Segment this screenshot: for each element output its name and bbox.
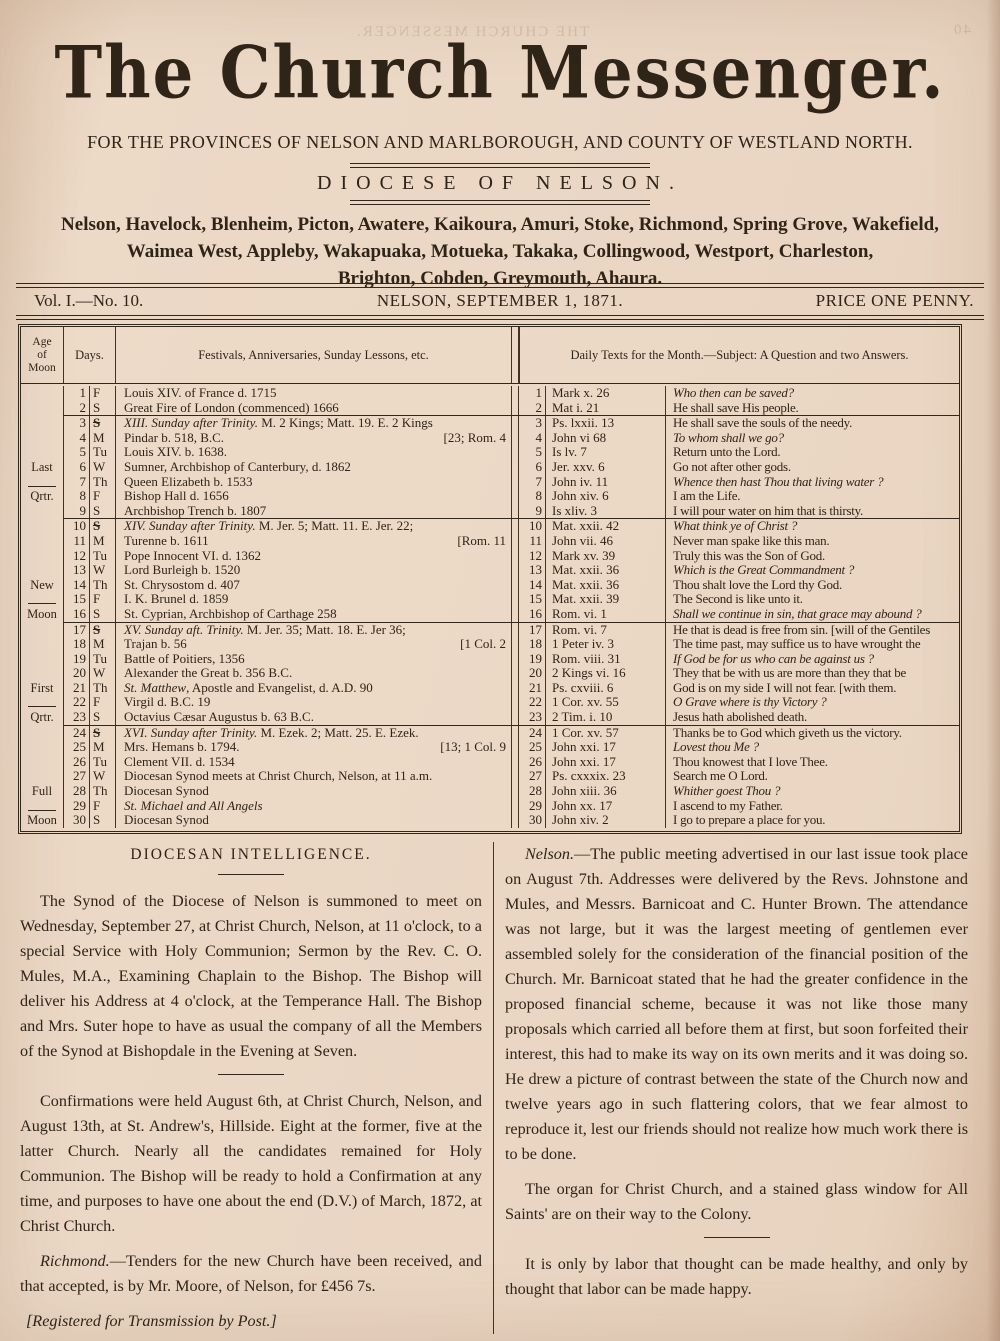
festival-text: I. K. Brunel d. 1859 bbox=[124, 592, 228, 607]
festival-entry: XIV. Sunday after Trinity. M. Jer. 5; Ma… bbox=[115, 519, 511, 534]
day-number: 5 bbox=[519, 445, 545, 460]
day-number: 28 bbox=[63, 784, 89, 799]
daily-text: The time past, may suffice us to have wr… bbox=[665, 637, 959, 652]
column-divider bbox=[511, 592, 519, 607]
weekday-letter: F bbox=[89, 695, 115, 710]
day-number: 17 bbox=[63, 623, 89, 638]
column-divider bbox=[511, 607, 519, 622]
festival-entry: XVI. Sunday after Trinity. M. Ezek. 2; M… bbox=[115, 726, 511, 741]
article-paragraph-synod: The Synod of the Diocese of Nelson is su… bbox=[20, 889, 482, 1064]
left-article-column: DIOCESAN INTELLIGENCE. The Synod of the … bbox=[20, 842, 482, 1334]
calendar-row: 2SGreat Fire of London (commenced) 16662… bbox=[21, 401, 959, 416]
daily-text: O Grave where is thy Victory ? bbox=[665, 695, 959, 710]
day-number: 27 bbox=[63, 769, 89, 784]
day-number: 14 bbox=[519, 578, 545, 593]
scripture-reference: 1 Peter iv. 3 bbox=[545, 637, 665, 652]
lesson-continuation: [13; 1 Col. 9 bbox=[440, 740, 511, 755]
day-number: 4 bbox=[63, 431, 89, 446]
calendar-row: 10SXIV. Sunday after Trinity. M. Jer. 5;… bbox=[21, 519, 959, 534]
festival-entry: Queen Elizabeth b. 1533 bbox=[115, 475, 511, 490]
article-paragraph-richmond: Richmond.—Tenders for the new Church hav… bbox=[20, 1249, 482, 1299]
calendar-row: 29FSt. Michael and All Angels29John xx. … bbox=[21, 799, 959, 814]
day-number: 24 bbox=[63, 726, 89, 741]
weekday-letter: F bbox=[89, 386, 115, 401]
daily-text: Which is the Great Commandment ? bbox=[665, 563, 959, 578]
weekday-letter: Th bbox=[89, 578, 115, 593]
header-line: Moon bbox=[21, 362, 63, 375]
article-columns: DIOCESAN INTELLIGENCE. The Synod of the … bbox=[20, 842, 982, 1334]
calendar-row: 17SXV. Sunday aft. Trinity. M. Jer. 35; … bbox=[21, 623, 959, 638]
daily-text: He shall save the souls of the needy. bbox=[665, 416, 959, 431]
column-divider bbox=[511, 710, 519, 725]
scripture-reference: Is xliv. 3 bbox=[545, 504, 665, 519]
festival-text: Louis XIV. of France d. 1715 bbox=[124, 386, 277, 401]
festival-text: Octavius Cæsar Augustus b. 63 B.C. bbox=[124, 710, 314, 725]
newspaper-title: The Church Messenger. bbox=[0, 38, 1000, 110]
weekday-letter: F bbox=[89, 592, 115, 607]
day-number: 1 bbox=[63, 386, 89, 401]
weekday-letter: M bbox=[89, 431, 115, 446]
day-number: 28 bbox=[519, 784, 545, 799]
festival-text: Virgil d. B.C. 19 bbox=[124, 695, 210, 710]
calendar-row: 25MMrs. Hemans b. 1794.[13; 1 Col. 925Jo… bbox=[21, 740, 959, 755]
day-number: 3 bbox=[63, 416, 89, 431]
calendar-row: Full28ThDiocesan Synod28John xiii. 36Whi… bbox=[21, 784, 959, 799]
double-rule bbox=[16, 315, 984, 320]
double-rule bbox=[16, 283, 984, 288]
day-number: 10 bbox=[519, 519, 545, 534]
scripture-reference: John vii. 46 bbox=[545, 534, 665, 549]
column-divider bbox=[511, 755, 519, 770]
festival-entry: XIII. Sunday after Trinity. M. 2 Kings; … bbox=[115, 416, 511, 431]
day-number: 18 bbox=[63, 637, 89, 652]
sunday-symbol: S bbox=[89, 416, 115, 431]
scripture-reference: Mat. xxii. 36 bbox=[545, 578, 665, 593]
paragraph-text: —The public meeting advertised in our la… bbox=[505, 845, 968, 1163]
daily-text: He shall save His people. bbox=[665, 401, 959, 416]
section-rule bbox=[704, 1237, 770, 1238]
calendar-row: 4MPindar b. 518, B.C.[23; Rom. 44John vi… bbox=[21, 431, 959, 446]
day-number: 22 bbox=[519, 695, 545, 710]
festival-text: Alexander the Great b. 356 B.C. bbox=[124, 666, 292, 681]
day-number: 6 bbox=[519, 460, 545, 475]
weekday-letter: M bbox=[89, 740, 115, 755]
day-number: 19 bbox=[519, 652, 545, 667]
section-heading: DIOCESAN INTELLIGENCE. bbox=[20, 846, 482, 864]
festival-entry: Clement VII. d. 1534 bbox=[115, 755, 511, 770]
column-divider bbox=[511, 416, 519, 431]
daily-text: I will pour water on him that is thirsty… bbox=[665, 504, 959, 519]
scripture-reference: John xiii. 36 bbox=[545, 784, 665, 799]
scripture-reference: Mat. xxii. 39 bbox=[545, 592, 665, 607]
lesson-continuation: [1 Col. 2 bbox=[460, 637, 511, 652]
day-number: 23 bbox=[63, 710, 89, 725]
calendar-row: 24SXVI. Sunday after Trinity. M. Ezek. 2… bbox=[21, 726, 959, 741]
registered-notice: [Registered for Transmission by Post.] bbox=[20, 1309, 482, 1334]
calendar-row: First21ThSt. Matthew, Apostle and Evange… bbox=[21, 681, 959, 696]
festival-entry: Diocesan Synod meets at Christ Church, N… bbox=[115, 769, 511, 784]
volume-number: Vol. I.—No. 10. bbox=[16, 291, 316, 311]
festival-text: Pope Innocent VI. d. 1362 bbox=[124, 549, 261, 564]
daily-text: Thou knowest that I love Thee. bbox=[665, 755, 959, 770]
day-number: 19 bbox=[63, 652, 89, 667]
lesson-continuation: [23; Rom. 4 bbox=[444, 431, 511, 446]
festival-text: XIV. Sunday after Trinity. M. Jer. 5; Ma… bbox=[124, 519, 413, 534]
festival-entry: Louis XIV. of France d. 1715 bbox=[115, 386, 511, 401]
festival-entry: Trajan b. 56[1 Col. 2 bbox=[115, 637, 511, 652]
festival-text: Trajan b. 56 bbox=[124, 637, 187, 652]
day-number: 22 bbox=[63, 695, 89, 710]
column-divider bbox=[511, 784, 519, 799]
scripture-reference: Mat. xxii. 42 bbox=[545, 519, 665, 534]
day-number: 26 bbox=[519, 755, 545, 770]
calendar-row: Qrtr.23SOctavius Cæsar Augustus b. 63 B.… bbox=[21, 710, 959, 725]
day-number: 18 bbox=[519, 637, 545, 652]
festival-text: XIII. Sunday after Trinity. M. 2 Kings; … bbox=[124, 416, 433, 431]
festival-entry: Archbishop Trench b. 1807 bbox=[115, 504, 511, 519]
bleed-through-page-number: 40 bbox=[952, 22, 971, 39]
festival-entry: St. Matthew, Apostle and Evangelist, d. … bbox=[115, 681, 511, 696]
daily-text: I go to prepare a place for you. bbox=[665, 813, 959, 828]
day-number: 12 bbox=[519, 549, 545, 564]
festival-entry: Pindar b. 518, B.C.[23; Rom. 4 bbox=[115, 431, 511, 446]
calendar-row: 19TuBattle of Poitiers, 135619Rom. viii.… bbox=[21, 652, 959, 667]
column-header-festivals: Festivals, Anniversaries, Sunday Lessons… bbox=[115, 327, 511, 383]
column-divider bbox=[511, 740, 519, 755]
calendar-table: Age of Moon Days. Festivals, Anniversari… bbox=[18, 324, 962, 834]
scripture-reference: Ps. cxxxix. 23 bbox=[545, 769, 665, 784]
calendar-row: 18MTrajan b. 56[1 Col. 2181 Peter iv. 3T… bbox=[21, 637, 959, 652]
issue-date: NELSON, SEPTEMBER 1, 1871. bbox=[316, 291, 684, 311]
daily-text: Truly this was the Son of God. bbox=[665, 549, 959, 564]
festival-entry: Sumner, Archbishop of Canterbury, d. 186… bbox=[115, 460, 511, 475]
day-number: 23 bbox=[519, 710, 545, 725]
day-number: 14 bbox=[63, 578, 89, 593]
daily-text: Return unto the Lord. bbox=[665, 445, 959, 460]
parish-list-line: Nelson, Havelock, Blenheim, Picton, Awat… bbox=[0, 211, 1000, 238]
day-number: 5 bbox=[63, 445, 89, 460]
daily-text: Lovest thou Me ? bbox=[665, 740, 959, 755]
festival-text: Bishop Hall d. 1656 bbox=[124, 489, 229, 504]
calendar-row: 9SArchbishop Trench b. 18079Is xliv. 3I … bbox=[21, 504, 959, 519]
festival-entry: Bishop Hall d. 1656 bbox=[115, 489, 511, 504]
weekday-letter: F bbox=[89, 799, 115, 814]
article-paragraph-nelson: Nelson.—The public meeting advertised in… bbox=[505, 842, 968, 1167]
festival-text: Turenne b. 1611 bbox=[124, 534, 209, 549]
calendar-header-row: Age of Moon Days. Festivals, Anniversari… bbox=[21, 327, 959, 384]
day-number: 8 bbox=[63, 489, 89, 504]
festival-text: Diocesan Synod bbox=[124, 813, 209, 828]
festival-text: St. Chrysostom d. 407 bbox=[124, 578, 240, 593]
day-number: 4 bbox=[519, 431, 545, 446]
calendar-row: 27WDiocesan Synod meets at Christ Church… bbox=[21, 769, 959, 784]
weekday-letter: S bbox=[89, 504, 115, 519]
column-header-age-of-moon: Age of Moon bbox=[21, 327, 63, 383]
column-header-days: Days. bbox=[63, 327, 115, 383]
column-divider bbox=[511, 504, 519, 519]
column-divider bbox=[511, 623, 519, 638]
sunday-symbol: S bbox=[89, 519, 115, 534]
masthead: The Church Messenger. bbox=[0, 38, 1000, 102]
day-number: 25 bbox=[63, 740, 89, 755]
day-number: 7 bbox=[63, 475, 89, 490]
weekday-letter: S bbox=[89, 607, 115, 622]
scripture-reference: 2 Tim. i. 10 bbox=[545, 710, 665, 725]
scripture-reference: Rom. viii. 31 bbox=[545, 652, 665, 667]
day-number: 30 bbox=[519, 813, 545, 828]
sunday-symbol: S bbox=[89, 726, 115, 741]
scripture-reference: Mark xv. 39 bbox=[545, 549, 665, 564]
daily-text: Thanks be to God which giveth us the vic… bbox=[665, 726, 959, 741]
day-number: 21 bbox=[519, 681, 545, 696]
festival-text: Pindar b. 518, B.C. bbox=[124, 431, 224, 446]
column-divider bbox=[511, 431, 519, 446]
article-paragraph-confirmations: Confirmations were held August 6th, at C… bbox=[20, 1089, 482, 1239]
column-divider bbox=[511, 445, 519, 460]
day-number: 3 bbox=[519, 416, 545, 431]
price: PRICE ONE PENNY. bbox=[684, 291, 984, 311]
daily-text: They that be with us are more than they … bbox=[665, 666, 959, 681]
day-number: 15 bbox=[519, 592, 545, 607]
weekday-letter: Th bbox=[89, 681, 115, 696]
scripture-reference: Is lv. 7 bbox=[545, 445, 665, 460]
weekday-letter: M bbox=[89, 637, 115, 652]
header-line: of bbox=[21, 349, 63, 362]
moon-phase-label: Moon bbox=[21, 813, 63, 828]
festival-entry: Octavius Cæsar Augustus b. 63 B.C. bbox=[115, 710, 511, 725]
day-number: 11 bbox=[519, 534, 545, 549]
weekday-letter: Tu bbox=[89, 549, 115, 564]
parish-list: Nelson, Havelock, Blenheim, Picton, Awat… bbox=[0, 211, 1000, 292]
calendar-row: 12TuPope Innocent VI. d. 136212Mark xv. … bbox=[21, 549, 959, 564]
calendar-row: 3SXIII. Sunday after Trinity. M. 2 Kings… bbox=[21, 416, 959, 431]
festival-text: St. Michael and All Angels bbox=[124, 799, 263, 814]
section-rule bbox=[218, 874, 284, 875]
column-divider bbox=[511, 813, 519, 828]
sunday-symbol: S bbox=[89, 623, 115, 638]
scripture-reference: 2 Kings vi. 16 bbox=[545, 666, 665, 681]
column-divider bbox=[511, 726, 519, 741]
scripture-reference: 1 Cor. xv. 55 bbox=[545, 695, 665, 710]
festival-text: Battle of Poitiers, 1356 bbox=[124, 652, 245, 667]
parish-list-line: Waimea West, Appleby, Wakapuaka, Motueka… bbox=[0, 238, 1000, 265]
double-rule bbox=[350, 163, 650, 168]
daily-text: God is on my side I will not fear. [with… bbox=[665, 681, 959, 696]
column-divider bbox=[511, 460, 519, 475]
calendar-row: 22FVirgil d. B.C. 19221 Cor. xv. 55O Gra… bbox=[21, 695, 959, 710]
column-divider bbox=[511, 695, 519, 710]
article-paragraph-organ: The organ for Christ Church, and a stain… bbox=[505, 1177, 968, 1227]
festival-text: Mrs. Hemans b. 1794. bbox=[124, 740, 240, 755]
column-divider bbox=[511, 637, 519, 652]
lesson-continuation: [Rom. 11 bbox=[457, 534, 511, 549]
column-divider bbox=[511, 519, 519, 534]
day-number: 8 bbox=[519, 489, 545, 504]
section-rule bbox=[218, 1074, 284, 1075]
festival-entry: Mrs. Hemans b. 1794.[13; 1 Col. 9 bbox=[115, 740, 511, 755]
festival-text: Diocesan Synod bbox=[124, 784, 209, 799]
weekday-letter: S bbox=[89, 401, 115, 416]
daily-text: To whom shall we go? bbox=[665, 431, 959, 446]
festival-entry: Louis XIV. b. 1638. bbox=[115, 445, 511, 460]
article-paragraph-labor: It is only by labor that thought can be … bbox=[505, 1252, 968, 1302]
day-number: 11 bbox=[63, 534, 89, 549]
day-number: 7 bbox=[519, 475, 545, 490]
scripture-reference: Mat i. 21 bbox=[545, 401, 665, 416]
column-divider bbox=[511, 563, 519, 578]
column-divider bbox=[511, 799, 519, 814]
column-divider bbox=[511, 489, 519, 504]
dateline: Vol. I.—No. 10. NELSON, SEPTEMBER 1, 187… bbox=[16, 291, 984, 311]
festival-entry: I. K. Brunel d. 1859 bbox=[115, 592, 511, 607]
weekday-letter: Th bbox=[89, 784, 115, 799]
day-number: 26 bbox=[63, 755, 89, 770]
calendar-row: 7ThQueen Elizabeth b. 15337John iv. 11Wh… bbox=[21, 475, 959, 490]
festival-entry: Battle of Poitiers, 1356 bbox=[115, 652, 511, 667]
day-number: 29 bbox=[519, 799, 545, 814]
calendar-row: New14ThSt. Chrysostom d. 40714Mat. xxii.… bbox=[21, 578, 959, 593]
scripture-reference: John iv. 11 bbox=[545, 475, 665, 490]
calendar-row: 11MTurenne b. 1611[Rom. 1111John vii. 46… bbox=[21, 534, 959, 549]
daily-text: Whence then hast Thou that living water … bbox=[665, 475, 959, 490]
festival-text: Great Fire of London (commenced) 1666 bbox=[124, 401, 339, 416]
day-number: 6 bbox=[63, 460, 89, 475]
day-number: 12 bbox=[63, 549, 89, 564]
scripture-reference: Rom. vi. 7 bbox=[545, 623, 665, 638]
day-number: 16 bbox=[519, 607, 545, 622]
column-divider bbox=[511, 578, 519, 593]
festival-entry: Diocesan Synod bbox=[115, 813, 511, 828]
column-divider bbox=[511, 666, 519, 681]
newspaper-page: THE CHURCH MESSENGER. 40 The Church Mess… bbox=[0, 0, 1000, 1341]
festival-entry: St. Chrysostom d. 407 bbox=[115, 578, 511, 593]
weekday-letter: S bbox=[89, 813, 115, 828]
weekday-letter: W bbox=[89, 666, 115, 681]
weekday-letter: W bbox=[89, 460, 115, 475]
weekday-letter: M bbox=[89, 534, 115, 549]
day-number: 9 bbox=[519, 504, 545, 519]
column-divider bbox=[511, 681, 519, 696]
column-divider bbox=[511, 386, 519, 401]
festival-text: XV. Sunday aft. Trinity. M. Jer. 35; Mat… bbox=[124, 623, 406, 638]
calendar-row: Moon16SSt. Cyprian, Archbishop of Cartha… bbox=[21, 607, 959, 622]
day-number: 17 bbox=[519, 623, 545, 638]
daily-text: Whither goest Thou ? bbox=[665, 784, 959, 799]
festival-entry: XV. Sunday aft. Trinity. M. Jer. 35; Mat… bbox=[115, 623, 511, 638]
moon-phase-label: Full bbox=[21, 784, 63, 799]
scripture-reference: Ps. cxviii. 6 bbox=[545, 681, 665, 696]
festival-text: Archbishop Trench b. 1807 bbox=[124, 504, 266, 519]
scripture-reference: John xiv. 2 bbox=[545, 813, 665, 828]
festival-text: Lord Burleigh b. 1520 bbox=[124, 563, 240, 578]
scripture-reference: John xx. 17 bbox=[545, 799, 665, 814]
daily-text: Never man spake like this man. bbox=[665, 534, 959, 549]
column-rule bbox=[493, 842, 494, 1334]
scripture-reference: Jer. xxv. 6 bbox=[545, 460, 665, 475]
calendar-row: 13WLord Burleigh b. 152013Mat. xxii. 36W… bbox=[21, 563, 959, 578]
daily-text: Who then can be saved? bbox=[665, 386, 959, 401]
header-line: Age bbox=[21, 336, 63, 349]
scripture-reference: Mark x. 26 bbox=[545, 386, 665, 401]
daily-text: Go not after other gods. bbox=[665, 460, 959, 475]
daily-text: I am the Life. bbox=[665, 489, 959, 504]
moon-phase-label: First bbox=[21, 681, 63, 696]
festival-entry: St. Cyprian, Archbishop of Carthage 258 bbox=[115, 607, 511, 622]
weekday-letter: Tu bbox=[89, 755, 115, 770]
festival-entry: Pope Innocent VI. d. 1362 bbox=[115, 549, 511, 564]
festival-entry: Great Fire of London (commenced) 1666 bbox=[115, 401, 511, 416]
calendar-row: 1FLouis XIV. of France d. 17151Mark x. 2… bbox=[21, 386, 959, 401]
festival-text: Clement VII. d. 1534 bbox=[124, 755, 235, 770]
daily-text: Search me O Lord. bbox=[665, 769, 959, 784]
moon-phase-label: New bbox=[21, 578, 63, 593]
day-number: 13 bbox=[63, 563, 89, 578]
festival-entry: Diocesan Synod bbox=[115, 784, 511, 799]
day-number: 29 bbox=[63, 799, 89, 814]
festival-entry: St. Michael and All Angels bbox=[115, 799, 511, 814]
festival-text: Sumner, Archbishop of Canterbury, d. 186… bbox=[124, 460, 351, 475]
moon-phase-label: Qrtr. bbox=[21, 710, 63, 725]
dateline-lead: Nelson. bbox=[525, 845, 574, 863]
calendar-row: 5TuLouis XIV. b. 1638.5Is lv. 7Return un… bbox=[21, 445, 959, 460]
daily-text: If God be for us who can be against us ? bbox=[665, 652, 959, 667]
festival-entry: Virgil d. B.C. 19 bbox=[115, 695, 511, 710]
day-number: 20 bbox=[519, 666, 545, 681]
weekday-letter: Tu bbox=[89, 445, 115, 460]
weekday-letter: F bbox=[89, 489, 115, 504]
calendar-row: 26TuClement VII. d. 153426John xxi. 17Th… bbox=[21, 755, 959, 770]
scripture-reference: John xxi. 17 bbox=[545, 740, 665, 755]
day-number: 2 bbox=[63, 401, 89, 416]
masthead-subtitle: FOR THE PROVINCES OF NELSON AND MARLBORO… bbox=[0, 132, 1000, 153]
scripture-reference: Ps. lxxii. 13 bbox=[545, 416, 665, 431]
festival-entry: Lord Burleigh b. 1520 bbox=[115, 563, 511, 578]
festival-text: XVI. Sunday after Trinity. M. Ezek. 2; M… bbox=[124, 726, 419, 741]
daily-text: What think ye of Christ ? bbox=[665, 519, 959, 534]
scripture-reference: 1 Cor. xv. 57 bbox=[545, 726, 665, 741]
festival-entry: Alexander the Great b. 356 B.C. bbox=[115, 666, 511, 681]
weekday-letter: Th bbox=[89, 475, 115, 490]
day-number: 20 bbox=[63, 666, 89, 681]
moon-phase-label: Qrtr. bbox=[21, 489, 63, 504]
calendar-row: 15FI. K. Brunel d. 185915Mat. xxii. 39Th… bbox=[21, 592, 959, 607]
day-number: 30 bbox=[63, 813, 89, 828]
day-number: 21 bbox=[63, 681, 89, 696]
diocese-title: DIOCESE OF NELSON. bbox=[0, 172, 1000, 195]
weekday-letter: W bbox=[89, 563, 115, 578]
day-number: 24 bbox=[519, 726, 545, 741]
column-divider bbox=[511, 327, 519, 383]
calendar-row: 20WAlexander the Great b. 356 B.C.202 Ki… bbox=[21, 666, 959, 681]
column-divider bbox=[511, 534, 519, 549]
calendar-row: Qrtr.8FBishop Hall d. 16568John xiv. 6I … bbox=[21, 489, 959, 504]
column-divider bbox=[511, 401, 519, 416]
day-number: 10 bbox=[63, 519, 89, 534]
daily-text: Shall we continue in sin, that grace may… bbox=[665, 607, 959, 622]
day-number: 2 bbox=[519, 401, 545, 416]
scripture-reference: Mat. xxii. 36 bbox=[545, 563, 665, 578]
festival-text: Queen Elizabeth b. 1533 bbox=[124, 475, 253, 490]
day-number: 27 bbox=[519, 769, 545, 784]
diocese-banner: DIOCESE OF NELSON. bbox=[0, 163, 1000, 205]
right-article-column: Nelson.—The public meeting advertised in… bbox=[505, 842, 982, 1334]
day-number: 1 bbox=[519, 386, 545, 401]
double-rule bbox=[350, 200, 650, 205]
weekday-letter: W bbox=[89, 769, 115, 784]
daily-text: I ascend to my Father. bbox=[665, 799, 959, 814]
calendar-body: 1FLouis XIV. of France d. 17151Mark x. 2… bbox=[21, 384, 959, 831]
column-divider bbox=[511, 549, 519, 564]
